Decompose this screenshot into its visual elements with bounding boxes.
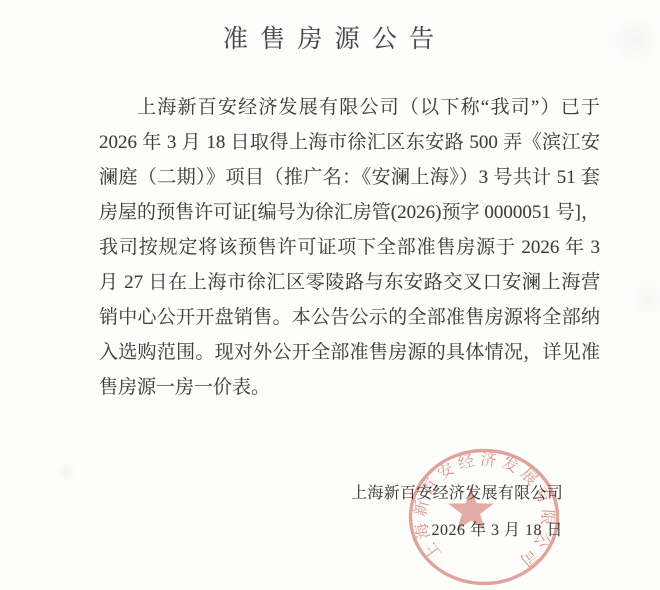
seal-ring [411, 451, 558, 584]
announcement-body-paragraph: 上海新百安经济发展有限公司（以下称“我司”）已于 2026 年 3 月 18 日… [99, 90, 600, 405]
announcement-document: 准 售 房 源 公 告 上海新百安经济发展有限公司（以下称“我司”）已于 202… [0, 0, 660, 590]
star-icon [448, 487, 494, 530]
document-title: 准 售 房 源 公 告 [0, 19, 660, 55]
company-seal-stamp: 上海新百安经济发展有限公司 [404, 445, 564, 590]
